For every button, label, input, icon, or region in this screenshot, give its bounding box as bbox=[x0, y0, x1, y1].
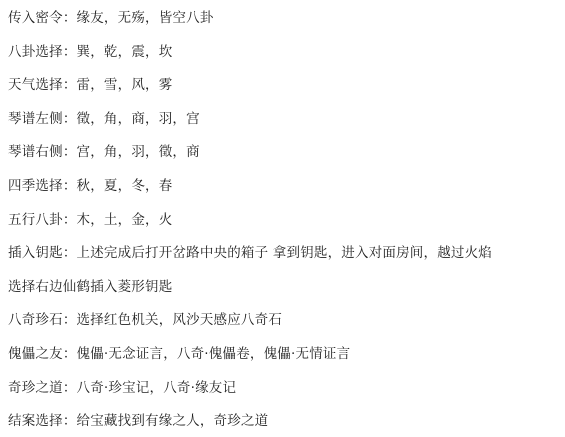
line-value: 徵，角，商，羽，宫 bbox=[77, 111, 200, 127]
line-five-elements: 五行八卦：木，土，金，火 bbox=[8, 210, 565, 244]
line-treasure-way: 奇珍之道：八奇·珍宝记，八奇·缘友记 bbox=[8, 378, 565, 412]
line-score-left: 琴谱左侧：徵，角，商，羽，宫 bbox=[8, 109, 565, 143]
line-value: 八奇·珍宝记，八奇·缘友记 bbox=[77, 380, 237, 396]
line-insert-key: 插入钥匙：上述完成后打开岔路中央的箱子 拿到钥匙，进入对面房间，越过火焰 bbox=[8, 243, 565, 277]
line-value: 缘友，无殇，皆空八卦 bbox=[77, 10, 214, 26]
line-eight-treasure-stone: 八奇珍石：选择红色机关，风沙天感应八奇石 bbox=[8, 310, 565, 344]
line-value: 巽，乾，震，坎 bbox=[77, 44, 173, 60]
line-label: 奇珍之道 bbox=[8, 380, 63, 396]
line-label: 五行八卦 bbox=[8, 212, 63, 228]
line-separator: ： bbox=[63, 77, 77, 93]
line-value: 选择右边仙鹤插入菱形钥匙 bbox=[8, 279, 172, 295]
line-label: 四季选择 bbox=[8, 178, 63, 194]
line-label: 傀儡之友 bbox=[8, 346, 63, 362]
line-label: 八奇珍石 bbox=[8, 312, 63, 328]
walkthrough-document: 传入密令：缘友，无殇，皆空八卦 八卦选择：巽，乾，震，坎 天气选择：雷，雪，风，… bbox=[8, 8, 565, 437]
line-label: 传入密令 bbox=[8, 10, 63, 26]
line-value: 傀儡·无念证言，八奇·傀儡卷，傀儡·无情证言 bbox=[77, 346, 351, 362]
line-case-ending: 结案选择：给宝藏找到有缘之人，奇珍之道 bbox=[8, 411, 565, 437]
line-separator: ： bbox=[63, 144, 77, 160]
line-separator: ： bbox=[63, 111, 77, 127]
line-label: 琴谱左侧 bbox=[8, 111, 63, 127]
line-insert-key-continued: 选择右边仙鹤插入菱形钥匙 bbox=[8, 277, 565, 311]
line-label: 插入钥匙 bbox=[8, 245, 63, 261]
line-separator: ： bbox=[63, 413, 77, 429]
line-separator: ： bbox=[63, 178, 77, 194]
line-score-right: 琴谱右侧：宫，角，羽，徵，商 bbox=[8, 142, 565, 176]
line-value: 秋，夏，冬，春 bbox=[77, 178, 173, 194]
line-value: 木，土，金，火 bbox=[77, 212, 173, 228]
line-separator: ： bbox=[63, 245, 77, 261]
line-label: 结案选择 bbox=[8, 413, 63, 429]
line-label: 八卦选择 bbox=[8, 44, 63, 60]
line-value: 给宝藏找到有缘之人，奇珍之道 bbox=[77, 413, 269, 429]
line-bagua-choice: 八卦选择：巽，乾，震，坎 bbox=[8, 42, 565, 76]
line-label: 天气选择 bbox=[8, 77, 63, 93]
line-separator: ： bbox=[63, 346, 77, 362]
line-secret-code: 传入密令：缘友，无殇，皆空八卦 bbox=[8, 8, 565, 42]
line-value: 选择红色机关，风沙天感应八奇石 bbox=[77, 312, 283, 328]
line-season-choice: 四季选择：秋，夏，冬，春 bbox=[8, 176, 565, 210]
line-separator: ： bbox=[63, 312, 77, 328]
line-separator: ： bbox=[63, 10, 77, 26]
line-value: 上述完成后打开岔路中央的箱子 拿到钥匙，进入对面房间，越过火焰 bbox=[77, 245, 493, 261]
line-separator: ： bbox=[63, 44, 77, 60]
line-value: 雷，雪，风，雾 bbox=[77, 77, 173, 93]
line-separator: ： bbox=[63, 380, 77, 396]
line-weather-choice: 天气选择：雷，雪，风，雾 bbox=[8, 75, 565, 109]
line-label: 琴谱右侧 bbox=[8, 144, 63, 160]
line-separator: ： bbox=[63, 212, 77, 228]
line-puppet-friend: 傀儡之友：傀儡·无念证言，八奇·傀儡卷，傀儡·无情证言 bbox=[8, 344, 565, 378]
line-value: 宫，角，羽，徵，商 bbox=[77, 144, 200, 160]
